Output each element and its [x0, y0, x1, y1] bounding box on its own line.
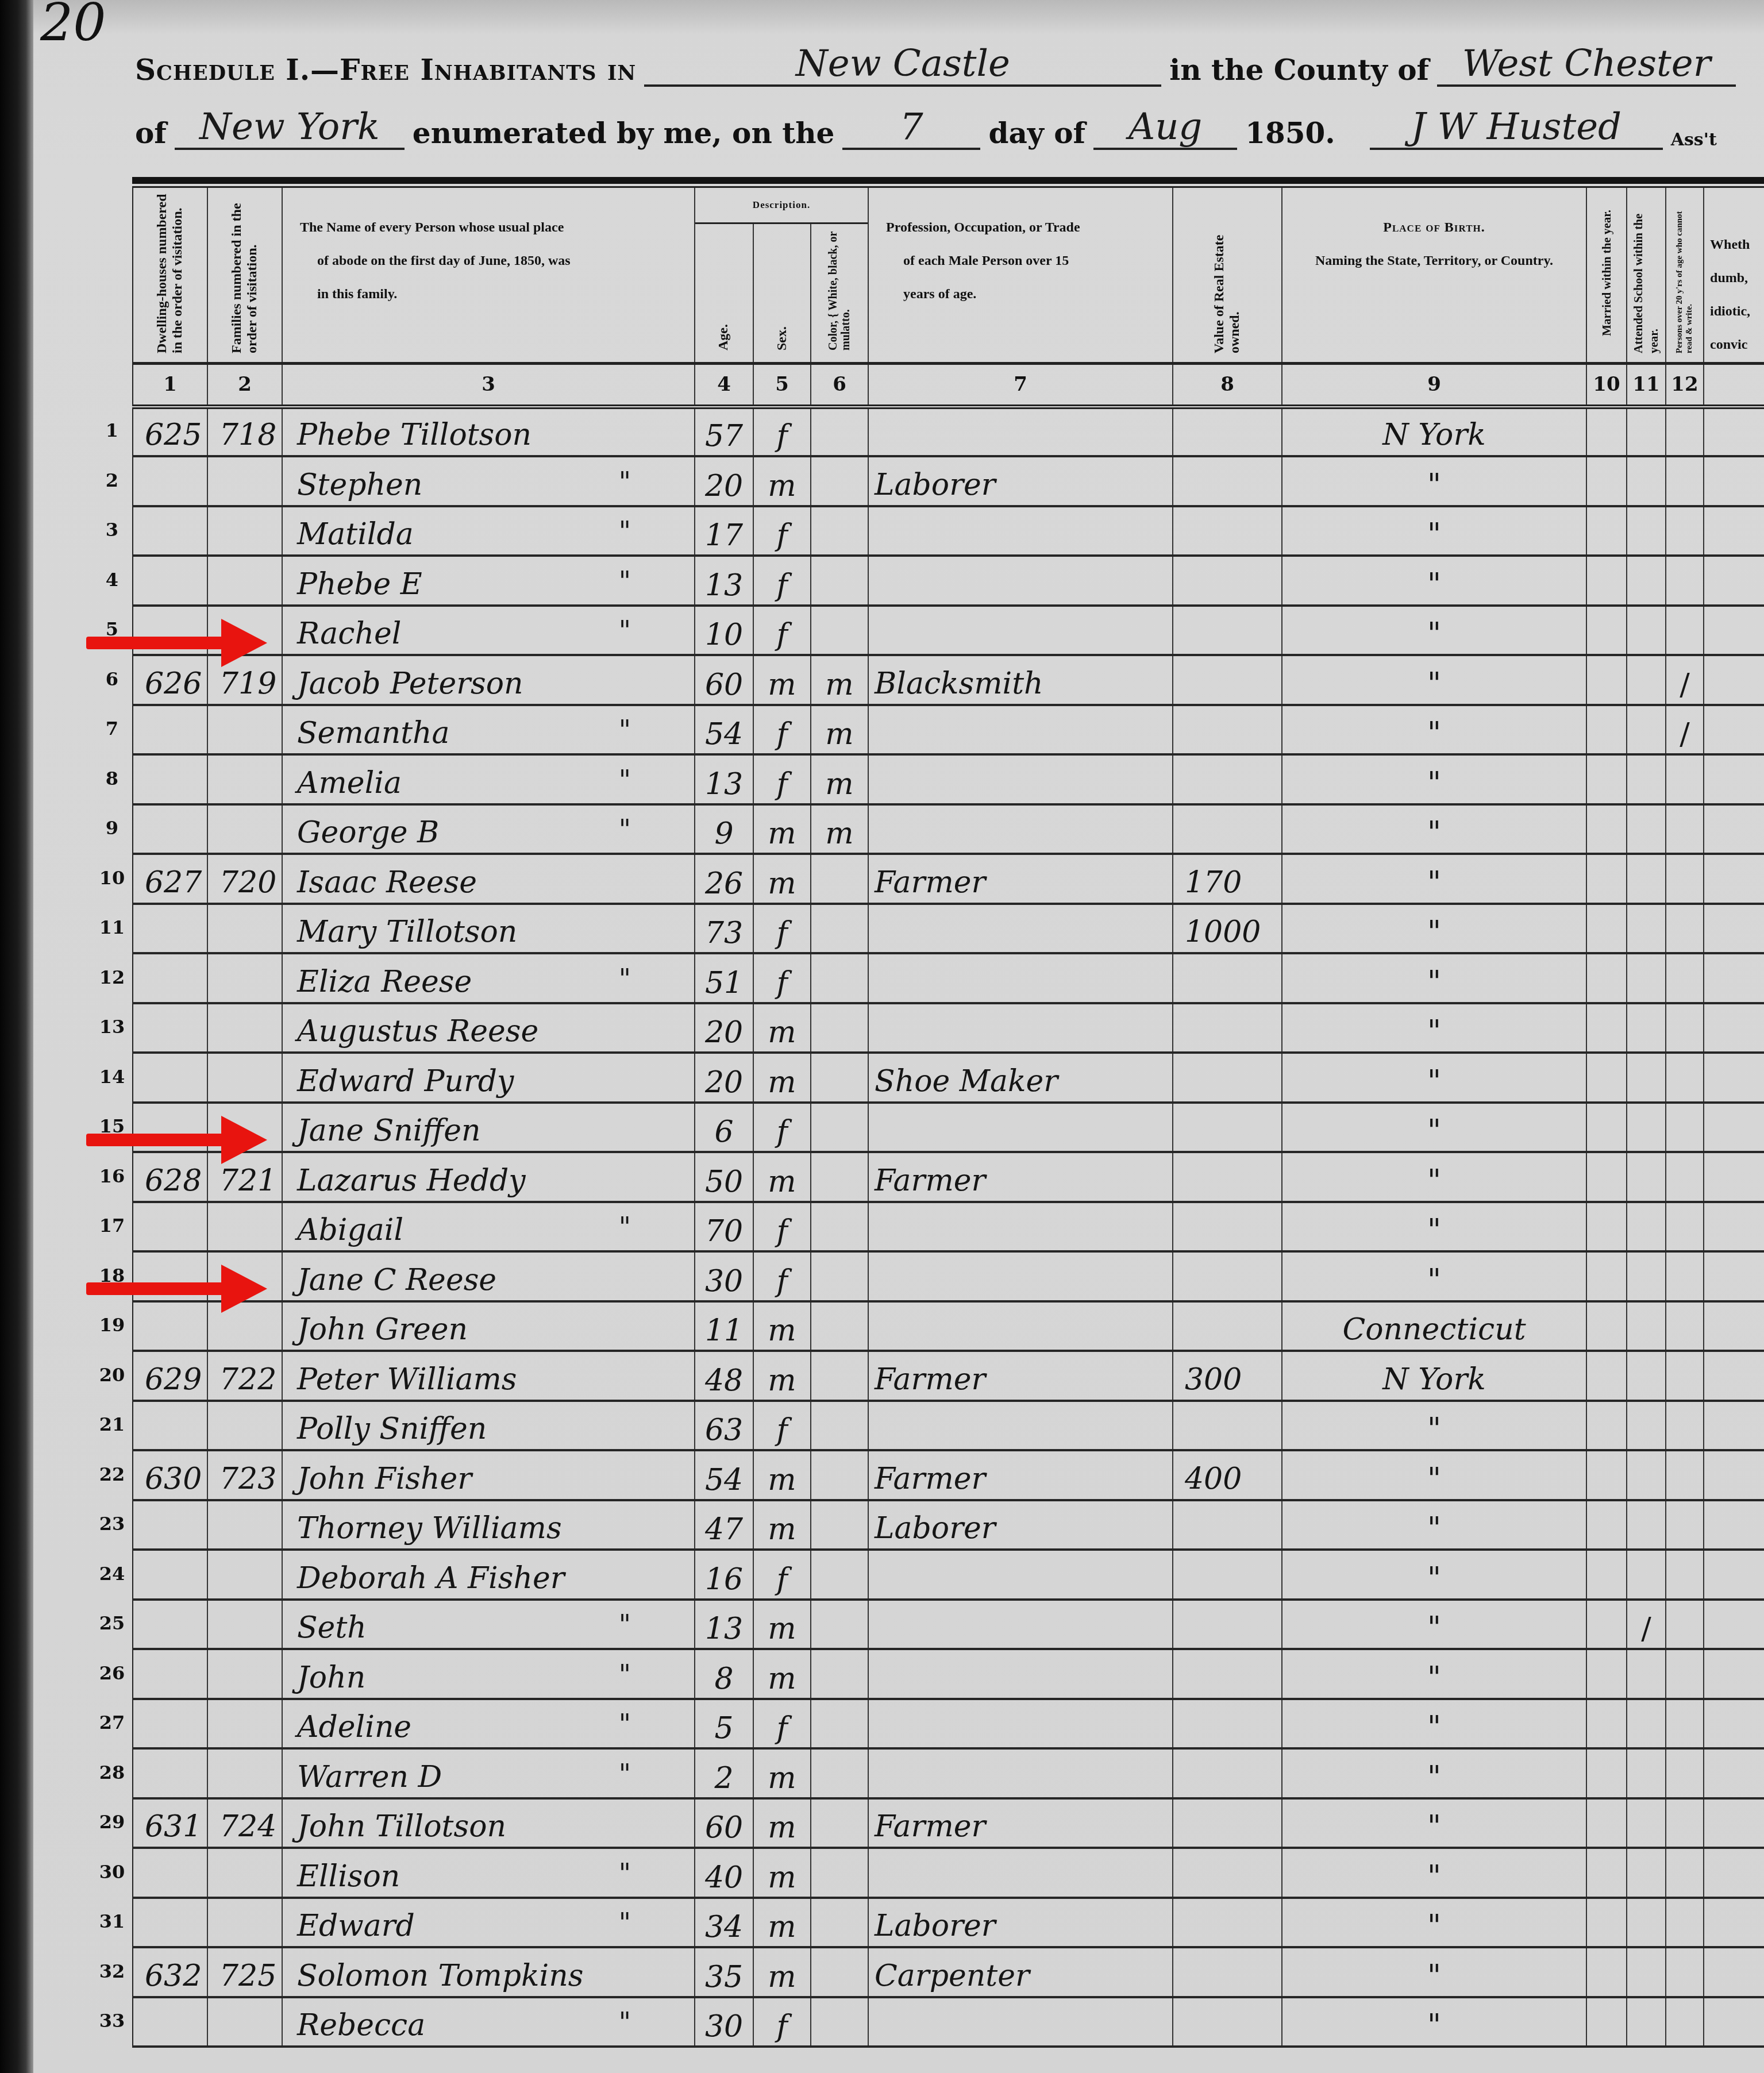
cell-sex: f	[753, 1997, 811, 2047]
cell-occupation	[868, 1251, 1173, 1301]
cell-dwelling-number	[133, 953, 207, 1003]
col-num-5: 5	[753, 364, 811, 407]
cell-cannot-read-write	[1666, 1550, 1704, 1600]
cell-place-of-birth: "	[1282, 1748, 1586, 1798]
cell-married-within-year	[1586, 1500, 1627, 1550]
census-table-wrap: Dwelling-houses numbered in the order of…	[132, 177, 1764, 2048]
cell-sex: m	[753, 1003, 811, 1053]
col-header-real-estate: Value of Real Estate owned.	[1173, 188, 1282, 364]
cell-person-name: John Green	[282, 1301, 695, 1351]
cell-married-within-year	[1586, 407, 1627, 457]
cell-age: 20	[695, 1003, 753, 1053]
cell-place-of-birth: "	[1282, 754, 1586, 804]
cell-occupation: Farmer	[868, 1351, 1173, 1401]
cell-occupation	[868, 1202, 1173, 1252]
cell-color	[811, 1251, 868, 1301]
cell-married-within-year	[1586, 1600, 1627, 1650]
cell-sex: f	[753, 606, 811, 656]
cell-person-name: John Tillotson	[282, 1798, 695, 1848]
cell-age: 60	[695, 1798, 753, 1848]
cell-color	[811, 1053, 868, 1103]
cell-age: 26	[695, 854, 753, 904]
cell-place-of-birth: "	[1282, 1251, 1586, 1301]
cell-disability	[1704, 705, 1764, 755]
col-header-sex: Sex.	[753, 224, 810, 362]
cell-disability	[1704, 754, 1764, 804]
cell-dwelling-number: 629	[133, 1351, 207, 1401]
of-label: of	[135, 116, 167, 150]
cell-sex: m	[753, 854, 811, 904]
cell-real-estate-value	[1173, 556, 1282, 606]
ditto-mark: "	[619, 2003, 631, 2041]
cell-married-within-year	[1586, 1053, 1627, 1103]
cell-age: 9	[695, 804, 753, 854]
cell-family-number	[207, 506, 282, 556]
cell-age: 6	[695, 1103, 753, 1153]
cell-married-within-year	[1586, 1798, 1627, 1848]
cell-family-number	[207, 1053, 282, 1103]
cell-cannot-read-write	[1666, 556, 1704, 606]
cell-place-of-birth: "	[1282, 1450, 1586, 1500]
col-header-color: Color, { White, black, or mulatto.	[810, 224, 868, 362]
column-number-row: 1 2 3 4 5 6 7 8 9 10 11 12	[133, 364, 1764, 407]
cell-place-of-birth: "	[1282, 1947, 1586, 1997]
cell-attended-school	[1627, 1898, 1666, 1948]
col-header-occupation: Profession, Occupation, or Trade of each…	[868, 188, 1173, 364]
table-row: 625718Phebe Tillotson57fN York	[133, 407, 1764, 457]
state-field: New York	[175, 106, 405, 150]
cell-place-of-birth: "	[1282, 655, 1586, 705]
cell-real-estate-value	[1173, 1301, 1282, 1351]
cell-occupation: Laborer	[868, 1898, 1173, 1948]
cell-age: 35	[695, 1947, 753, 1997]
table-row: Matilda"17f"	[133, 506, 1764, 556]
cell-dwelling-number	[133, 1202, 207, 1252]
cell-person-name: George B"	[282, 804, 695, 854]
cell-color	[811, 904, 868, 954]
cell-age: 30	[695, 1251, 753, 1301]
ditto-mark: "	[619, 761, 631, 799]
col-num-6: 6	[811, 364, 868, 407]
cell-disability	[1704, 407, 1764, 457]
col-header-disability: Wheth dumb, idiotic, convic	[1704, 188, 1764, 364]
cell-sex: m	[753, 1649, 811, 1699]
table-top-rule	[132, 177, 1764, 184]
col-header-dwelling: Dwelling-houses numbered in the order of…	[133, 188, 207, 364]
cell-disability	[1704, 1848, 1764, 1898]
col-num-4: 4	[695, 364, 753, 407]
cell-disability	[1704, 606, 1764, 656]
schedule-label: Schedule I.—Free Inhabitants in	[135, 53, 636, 87]
cell-attended-school	[1627, 1699, 1666, 1749]
line-number: 2	[92, 456, 132, 506]
cell-place-of-birth: "	[1282, 1500, 1586, 1550]
table-row: 628721Lazarus Heddy50mFarmer"	[133, 1152, 1764, 1202]
cell-color: m	[811, 655, 868, 705]
cell-disability	[1704, 1550, 1764, 1600]
table-row: Augustus Reese20m"	[133, 1003, 1764, 1053]
cell-sex: m	[753, 655, 811, 705]
cell-cannot-read-write	[1666, 1003, 1704, 1053]
cell-dwelling-number	[133, 456, 207, 506]
table-row: 627720Isaac Reese26mFarmer170"	[133, 854, 1764, 904]
cell-dwelling-number: 627	[133, 854, 207, 904]
cell-dwelling-number	[133, 1848, 207, 1898]
cell-place-of-birth: "	[1282, 1152, 1586, 1202]
cell-cannot-read-write	[1666, 1600, 1704, 1650]
cell-married-within-year	[1586, 804, 1627, 854]
cell-occupation: Blacksmith	[868, 655, 1173, 705]
county-label: in the County of	[1169, 53, 1429, 87]
cell-occupation	[868, 804, 1173, 854]
cell-attended-school	[1627, 953, 1666, 1003]
cell-cannot-read-write: /	[1666, 655, 1704, 705]
ditto-mark: "	[619, 1854, 631, 1892]
table-row: Abigail"70f"	[133, 1202, 1764, 1252]
cell-family-number	[207, 1600, 282, 1650]
line-number: 21	[92, 1400, 132, 1450]
cell-disability	[1704, 1202, 1764, 1252]
line-number: 13	[92, 1002, 132, 1052]
cell-age: 34	[695, 1898, 753, 1948]
cell-dwelling-number	[133, 1898, 207, 1948]
line-number: 29	[92, 1797, 132, 1847]
cell-dwelling-number	[133, 1600, 207, 1650]
cell-dwelling-number: 630	[133, 1450, 207, 1500]
cell-person-name: Seth"	[282, 1600, 695, 1650]
corner-page-mark: 20	[40, 0, 106, 46]
cell-person-name: Polly Sniffen	[282, 1401, 695, 1451]
cell-occupation	[868, 1848, 1173, 1898]
cell-occupation: Farmer	[868, 1450, 1173, 1500]
table-row: Ellison"40m"	[133, 1848, 1764, 1898]
cell-color	[811, 1202, 868, 1252]
table-row: Edward"34mLaborer"	[133, 1898, 1764, 1948]
cell-disability	[1704, 1748, 1764, 1798]
cell-family-number	[207, 1997, 282, 2047]
cell-real-estate-value	[1173, 1152, 1282, 1202]
enumerator-signature: J W Husted	[1370, 106, 1663, 150]
cell-dwelling-number	[133, 1301, 207, 1351]
cell-occupation: Laborer	[868, 1500, 1173, 1550]
cell-dwelling-number	[133, 1699, 207, 1749]
cell-occupation	[868, 1600, 1173, 1650]
table-row: Edward Purdy20mShoe Maker"	[133, 1053, 1764, 1103]
cell-real-estate-value	[1173, 804, 1282, 854]
cell-color: m	[811, 705, 868, 755]
cell-disability	[1704, 1351, 1764, 1401]
cell-person-name: Amelia"	[282, 754, 695, 804]
cell-color	[811, 953, 868, 1003]
cell-dwelling-number: 632	[133, 1947, 207, 1997]
col-header-married: Married within the year.	[1586, 188, 1627, 364]
line-number: 12	[92, 953, 132, 1003]
cell-married-within-year	[1586, 655, 1627, 705]
role-label: Ass't	[1671, 130, 1717, 150]
town-field: New Castle	[644, 43, 1161, 87]
table-row: Amelia"13fm"	[133, 754, 1764, 804]
cell-real-estate-value	[1173, 1748, 1282, 1798]
table-row: Deborah A Fisher16f"	[133, 1550, 1764, 1600]
cell-attended-school	[1627, 456, 1666, 506]
cell-disability	[1704, 1699, 1764, 1749]
cell-person-name: Abigail"	[282, 1202, 695, 1252]
cell-attended-school	[1627, 556, 1666, 606]
county-field: West Chester	[1437, 43, 1736, 87]
table-row: Polly Sniffen63f"	[133, 1401, 1764, 1451]
month-field: Aug	[1093, 106, 1237, 150]
cell-attended-school	[1627, 407, 1666, 457]
cell-color	[811, 1748, 868, 1798]
col-header-name: The Name of every Person whose usual pla…	[282, 188, 695, 364]
cell-color: m	[811, 804, 868, 854]
cell-dwelling-number: 628	[133, 1152, 207, 1202]
table-row: Mary Tillotson73f1000"	[133, 904, 1764, 954]
cell-place-of-birth: "	[1282, 506, 1586, 556]
cell-occupation	[868, 1401, 1173, 1451]
cell-disability	[1704, 556, 1764, 606]
line-number: 4	[92, 555, 132, 605]
cell-place-of-birth: "	[1282, 1848, 1586, 1898]
cell-real-estate-value	[1173, 1699, 1282, 1749]
cell-married-within-year	[1586, 953, 1627, 1003]
cell-disability	[1704, 1103, 1764, 1153]
line-number: 3	[92, 505, 132, 555]
cell-family-number	[207, 1401, 282, 1451]
cell-color	[811, 506, 868, 556]
cell-person-name: Deborah A Fisher	[282, 1550, 695, 1600]
cell-occupation	[868, 556, 1173, 606]
cell-sex: f	[753, 556, 811, 606]
cell-married-within-year	[1586, 506, 1627, 556]
ditto-mark: "	[619, 512, 631, 550]
cell-dwelling-number	[133, 1401, 207, 1451]
cell-age: 17	[695, 506, 753, 556]
cell-place-of-birth: "	[1282, 1550, 1586, 1600]
census-table: Dwelling-houses numbered in the order of…	[132, 188, 1764, 2048]
cell-attended-school	[1627, 1748, 1666, 1798]
cell-occupation	[868, 606, 1173, 656]
cell-cannot-read-write	[1666, 1798, 1704, 1848]
line-number: 14	[92, 1052, 132, 1102]
cell-disability	[1704, 1798, 1764, 1848]
ditto-mark: "	[619, 1755, 631, 1793]
cell-occupation	[868, 1103, 1173, 1153]
cell-sex: f	[753, 705, 811, 755]
cell-sex: f	[753, 407, 811, 457]
cell-family-number: 723	[207, 1450, 282, 1500]
cell-family-number	[207, 1898, 282, 1948]
cell-color	[811, 1003, 868, 1053]
cell-real-estate-value	[1173, 1848, 1282, 1898]
cell-real-estate-value	[1173, 606, 1282, 656]
line-number: 8	[92, 754, 132, 804]
cell-cannot-read-write	[1666, 804, 1704, 854]
cell-cannot-read-write	[1666, 1748, 1704, 1798]
cell-occupation: Farmer	[868, 1798, 1173, 1848]
cell-family-number	[207, 705, 282, 755]
cell-person-name: Mary Tillotson	[282, 904, 695, 954]
cell-occupation	[868, 953, 1173, 1003]
line-number: 7	[92, 704, 132, 754]
cell-family-number: 718	[207, 407, 282, 457]
cell-age: 60	[695, 655, 753, 705]
cell-married-within-year	[1586, 1450, 1627, 1500]
cell-family-number	[207, 754, 282, 804]
cell-attended-school: /	[1627, 1600, 1666, 1650]
cell-age: 8	[695, 1649, 753, 1699]
cell-family-number	[207, 1550, 282, 1600]
cell-disability	[1704, 1301, 1764, 1351]
cell-disability	[1704, 1500, 1764, 1550]
cell-occupation	[868, 1699, 1173, 1749]
line-number: 9	[92, 803, 132, 853]
cell-place-of-birth: "	[1282, 904, 1586, 954]
cell-sex: f	[753, 506, 811, 556]
cell-dwelling-number	[133, 754, 207, 804]
cell-sex: m	[753, 1947, 811, 1997]
cell-cannot-read-write	[1666, 1053, 1704, 1103]
cell-attended-school	[1627, 1649, 1666, 1699]
table-row: 626719Jacob Peterson60mmBlacksmith"/	[133, 655, 1764, 705]
cell-sex: m	[753, 804, 811, 854]
cell-color	[811, 1550, 868, 1600]
cell-sex: f	[753, 1103, 811, 1153]
cell-color	[811, 556, 868, 606]
cell-married-within-year	[1586, 1003, 1627, 1053]
cell-cannot-read-write	[1666, 1401, 1704, 1451]
table-row: Stephen"20mLaborer"	[133, 456, 1764, 506]
cell-married-within-year	[1586, 1401, 1627, 1451]
cell-occupation	[868, 506, 1173, 556]
cell-cannot-read-write	[1666, 1649, 1704, 1699]
cell-sex: f	[753, 754, 811, 804]
cell-sex: m	[753, 1053, 811, 1103]
cell-place-of-birth: N York	[1282, 1351, 1586, 1401]
cell-person-name: Matilda"	[282, 506, 695, 556]
cell-age: 73	[695, 904, 753, 954]
cell-sex: m	[753, 1152, 811, 1202]
line-number-column: 1234567891011121314151617181920212223242…	[92, 406, 132, 2046]
cell-married-within-year	[1586, 1103, 1627, 1153]
cell-place-of-birth: "	[1282, 1202, 1586, 1252]
cell-real-estate-value: 300	[1173, 1351, 1282, 1401]
cell-real-estate-value	[1173, 1898, 1282, 1948]
cell-cannot-read-write	[1666, 1152, 1704, 1202]
table-row: Phebe E"13f"	[133, 556, 1764, 606]
line-number: 17	[92, 1201, 132, 1251]
cell-attended-school	[1627, 506, 1666, 556]
cell-real-estate-value	[1173, 1997, 1282, 2047]
line-number: 28	[92, 1748, 132, 1798]
cell-disability	[1704, 1152, 1764, 1202]
cell-married-within-year	[1586, 1947, 1627, 1997]
cell-dwelling-number	[133, 1997, 207, 2047]
cell-person-name: Ellison"	[282, 1848, 695, 1898]
cell-family-number	[207, 953, 282, 1003]
cell-place-of-birth: "	[1282, 1699, 1586, 1749]
cell-place-of-birth: "	[1282, 1401, 1586, 1451]
table-row: John Green11mConnecticut	[133, 1301, 1764, 1351]
cell-person-name: Thorney Williams	[282, 1500, 695, 1550]
cell-real-estate-value	[1173, 1649, 1282, 1699]
col-num-11: 11	[1627, 364, 1666, 407]
table-row: Thorney Williams47mLaborer"	[133, 1500, 1764, 1550]
cell-age: 40	[695, 1848, 753, 1898]
line-number: 20	[92, 1350, 132, 1400]
cell-real-estate-value	[1173, 1600, 1282, 1650]
cell-occupation: Farmer	[868, 854, 1173, 904]
col-header-place-of-birth: Place of Birth. Naming the State, Territ…	[1282, 188, 1586, 364]
cell-place-of-birth: "	[1282, 1649, 1586, 1699]
cell-attended-school	[1627, 1103, 1666, 1153]
line-number: 33	[92, 1996, 132, 2046]
cell-age: 50	[695, 1152, 753, 1202]
cell-family-number	[207, 804, 282, 854]
cell-real-estate-value	[1173, 1550, 1282, 1600]
cell-person-name: Augustus Reese	[282, 1003, 695, 1053]
cell-color	[811, 1500, 868, 1550]
cell-attended-school	[1627, 705, 1666, 755]
cell-place-of-birth: "	[1282, 705, 1586, 755]
cell-place-of-birth: Connecticut	[1282, 1301, 1586, 1351]
ditto-mark: "	[619, 611, 631, 649]
cell-age: 13	[695, 754, 753, 804]
line-number: 10	[92, 853, 132, 903]
cell-attended-school	[1627, 1947, 1666, 1997]
cell-real-estate-value	[1173, 1053, 1282, 1103]
cell-occupation: Carpenter	[868, 1947, 1173, 1997]
cell-person-name: Jane C Reese	[282, 1251, 695, 1301]
cell-age: 13	[695, 556, 753, 606]
cell-cannot-read-write	[1666, 1202, 1704, 1252]
cell-married-within-year	[1586, 556, 1627, 606]
cell-age: 5	[695, 1699, 753, 1749]
cell-cannot-read-write	[1666, 1450, 1704, 1500]
cell-sex: f	[753, 1202, 811, 1252]
cell-color	[811, 606, 868, 656]
cell-disability	[1704, 1898, 1764, 1948]
cell-attended-school	[1627, 754, 1666, 804]
cell-real-estate-value	[1173, 1798, 1282, 1848]
table-row: 629722Peter Williams48mFarmer300N York	[133, 1351, 1764, 1401]
cell-color	[811, 1152, 868, 1202]
cell-occupation	[868, 1003, 1173, 1053]
cell-family-number: 724	[207, 1798, 282, 1848]
cell-sex: f	[753, 904, 811, 954]
cell-dwelling-number	[133, 705, 207, 755]
cell-sex: m	[753, 1798, 811, 1848]
cell-dwelling-number: 631	[133, 1798, 207, 1848]
cell-occupation	[868, 705, 1173, 755]
cell-disability	[1704, 804, 1764, 854]
col-num-8: 8	[1173, 364, 1282, 407]
cell-color	[811, 1103, 868, 1153]
cell-attended-school	[1627, 1351, 1666, 1401]
cell-disability	[1704, 854, 1764, 904]
cell-cannot-read-write	[1666, 854, 1704, 904]
cell-age: 11	[695, 1301, 753, 1351]
cell-real-estate-value	[1173, 506, 1282, 556]
cell-family-number	[207, 1699, 282, 1749]
cell-disability	[1704, 1649, 1764, 1699]
cell-attended-school	[1627, 655, 1666, 705]
cell-married-within-year	[1586, 1649, 1627, 1699]
line-number: 22	[92, 1450, 132, 1500]
line-number: 1	[92, 406, 132, 456]
cell-color	[811, 1450, 868, 1500]
cell-occupation	[868, 904, 1173, 954]
